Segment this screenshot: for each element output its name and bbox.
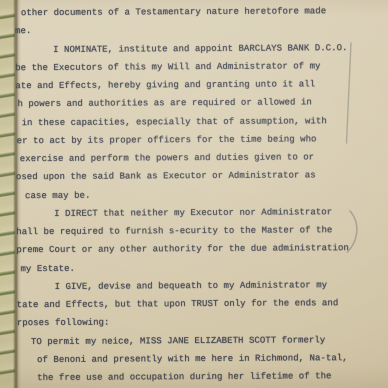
- document-line: exercise and perform the powers and duti…: [16, 148, 384, 168]
- document-line: be the Executors of this my Will and Adm…: [15, 57, 383, 77]
- document-line: preme Court or any other authority for t…: [16, 239, 384, 259]
- document-line: er to act by its proper officers for the…: [16, 130, 384, 150]
- document-line: me.: [15, 20, 383, 40]
- document-line: I DIRECT that neither my Executor nor Ad…: [16, 203, 384, 223]
- document-line: ate and Effects, hereby giving and grant…: [15, 75, 383, 95]
- text-block: other documents of a Testamentary nature…: [15, 2, 385, 387]
- document-line: case may be.: [16, 184, 384, 204]
- document-line: TO permit my neice, MISS JANE ELIZABETH …: [17, 330, 385, 350]
- document-scan: other documents of a Testamentary nature…: [0, 0, 388, 388]
- document-line: other documents of a Testamentary nature…: [15, 2, 383, 22]
- document-line: tate and Effects, but that upon TRUST on…: [17, 294, 385, 314]
- document-line: rposes following:: [17, 312, 385, 332]
- document-line: osed upon the said Bank as Executor or A…: [16, 166, 384, 186]
- document-line: hall be required to furnish s-ecurity to…: [16, 221, 384, 241]
- document-line: my Estate.: [16, 257, 384, 277]
- document-line: h powers and authorities as are required…: [15, 93, 383, 113]
- document-line: I GIVE, devise and bequeath to my Admini…: [17, 276, 385, 296]
- document-line: of Benoni and presently with me here in …: [17, 349, 385, 369]
- document-line: in these capacities, especially that of …: [16, 111, 384, 131]
- document-line: the free use and occupation during her l…: [17, 367, 385, 387]
- document-line: I NOMINATE, institute and appoint BARCLA…: [15, 38, 383, 58]
